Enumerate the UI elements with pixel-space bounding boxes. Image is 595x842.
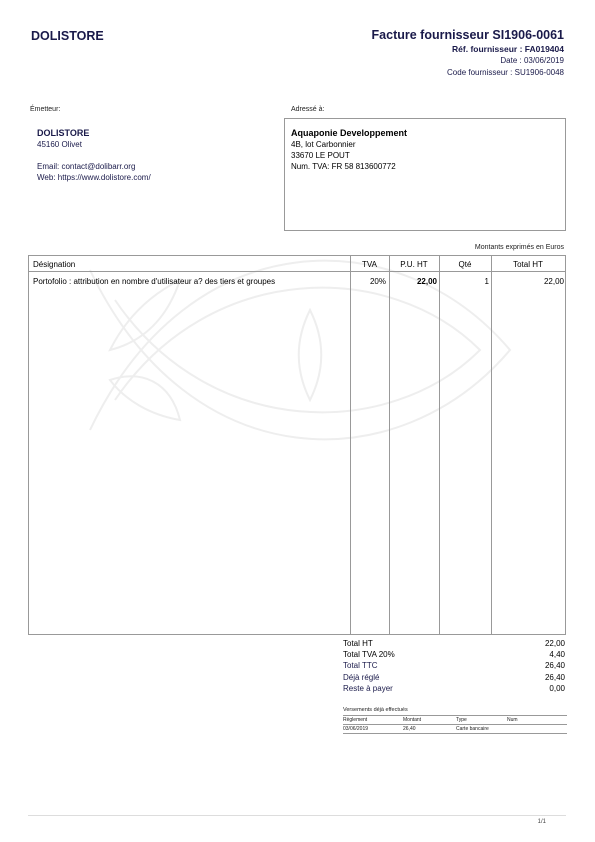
row-qty: 1 xyxy=(439,276,489,287)
header-unit-price: P.U. HT xyxy=(389,259,439,270)
recipient-block: Aquaponie Developpement 4B, lot Carbonni… xyxy=(291,128,407,172)
supplier-code: Code fournisseur : SU1906-0048 xyxy=(372,67,564,79)
payments-header-amount: Montant xyxy=(403,716,456,725)
column-divider xyxy=(491,256,492,634)
table-header-divider xyxy=(29,271,565,272)
emitter-web: Web: https://www.dolistore.com/ xyxy=(37,172,151,183)
already-paid-row: Déjà réglé 26,40 xyxy=(343,672,565,683)
payment-amount: 26,40 xyxy=(403,725,456,734)
emitter-email: Email: contact@dolibarr.org xyxy=(37,161,151,172)
total-vat-row: Total TVA 20% 4,40 xyxy=(343,649,565,660)
header-vat: TVA xyxy=(350,259,389,270)
remaining-value: 0,00 xyxy=(549,683,565,694)
total-vat-label: Total TVA 20% xyxy=(343,649,395,660)
company-name: DOLISTORE xyxy=(31,29,104,43)
payments-header-row: Règlement Montant Type Num xyxy=(343,716,567,725)
footer-divider xyxy=(28,815,566,816)
row-vat: 20% xyxy=(350,276,386,287)
total-vat-value: 4,40 xyxy=(549,649,565,660)
column-divider xyxy=(389,256,390,634)
totals-block: Total HT 22,00 Total TVA 20% 4,40 Total … xyxy=(343,638,565,694)
total-ttc-label: Total TTC xyxy=(343,660,378,671)
payments-header-num: Num xyxy=(507,716,567,725)
remaining-label: Reste à payer xyxy=(343,683,393,694)
currency-note: Montants exprimés en Euros xyxy=(475,244,564,251)
document-date: Date : 03/06/2019 xyxy=(372,55,564,67)
emitter-block: DOLISTORE 45160 Olivet Email: contact@do… xyxy=(37,128,151,183)
emitter-label: Émetteur: xyxy=(30,106,60,113)
recipient-city: 33670 LE POUT xyxy=(291,150,407,161)
document-title: Facture fournisseur SI1906-0061 xyxy=(372,28,564,43)
recipient-address: 4B, lot Carbonnier xyxy=(291,139,407,150)
total-ht-label: Total HT xyxy=(343,638,373,649)
page-number: 1/1 xyxy=(538,819,546,825)
column-divider xyxy=(439,256,440,634)
emitter-name: DOLISTORE xyxy=(37,128,151,139)
recipient-label: Adressé à: xyxy=(291,106,324,113)
payments-block: Versements déjà effectués Règlement Mont… xyxy=(343,707,567,734)
payments-header-type: Type xyxy=(456,716,507,725)
supplier-reference: Réf. fournisseur : FA019404 xyxy=(372,43,564,55)
recipient-name: Aquaponie Developpement xyxy=(291,128,407,139)
invoice-lines-table: Désignation TVA P.U. HT Qté Total HT Por… xyxy=(28,255,566,635)
remaining-row: Reste à payer 0,00 xyxy=(343,683,565,694)
recipient-vat: Num. TVA: FR 58 813600772 xyxy=(291,161,407,172)
payment-row: 03/06/2019 26,40 Carte bancaire xyxy=(343,725,567,734)
payment-type: Carte bancaire xyxy=(456,725,507,734)
emitter-city: 45160 Olivet xyxy=(37,139,151,150)
header-designation: Désignation xyxy=(33,259,75,270)
document-header: Facture fournisseur SI1906-0061 Réf. fou… xyxy=(372,28,564,79)
payments-title: Versements déjà effectués xyxy=(343,707,567,713)
row-unit-price: 22,00 xyxy=(389,276,437,287)
already-paid-label: Déjà réglé xyxy=(343,672,379,683)
total-ttc-row: Total TTC 26,40 xyxy=(343,660,565,671)
column-divider xyxy=(350,256,351,634)
payment-date: 03/06/2019 xyxy=(343,725,403,734)
total-ttc-value: 26,40 xyxy=(545,660,565,671)
row-designation: Portofolio : attribution en nombre d'uti… xyxy=(33,276,275,287)
payment-num xyxy=(507,725,567,734)
already-paid-value: 26,40 xyxy=(545,672,565,683)
total-ht-value: 22,00 xyxy=(545,638,565,649)
header-total: Total HT xyxy=(491,259,565,270)
total-ht-row: Total HT 22,00 xyxy=(343,638,565,649)
row-total: 22,00 xyxy=(491,276,564,287)
header-qty: Qté xyxy=(439,259,491,270)
payments-header-date: Règlement xyxy=(343,716,403,725)
payments-table: Règlement Montant Type Num 03/06/2019 26… xyxy=(343,715,567,734)
